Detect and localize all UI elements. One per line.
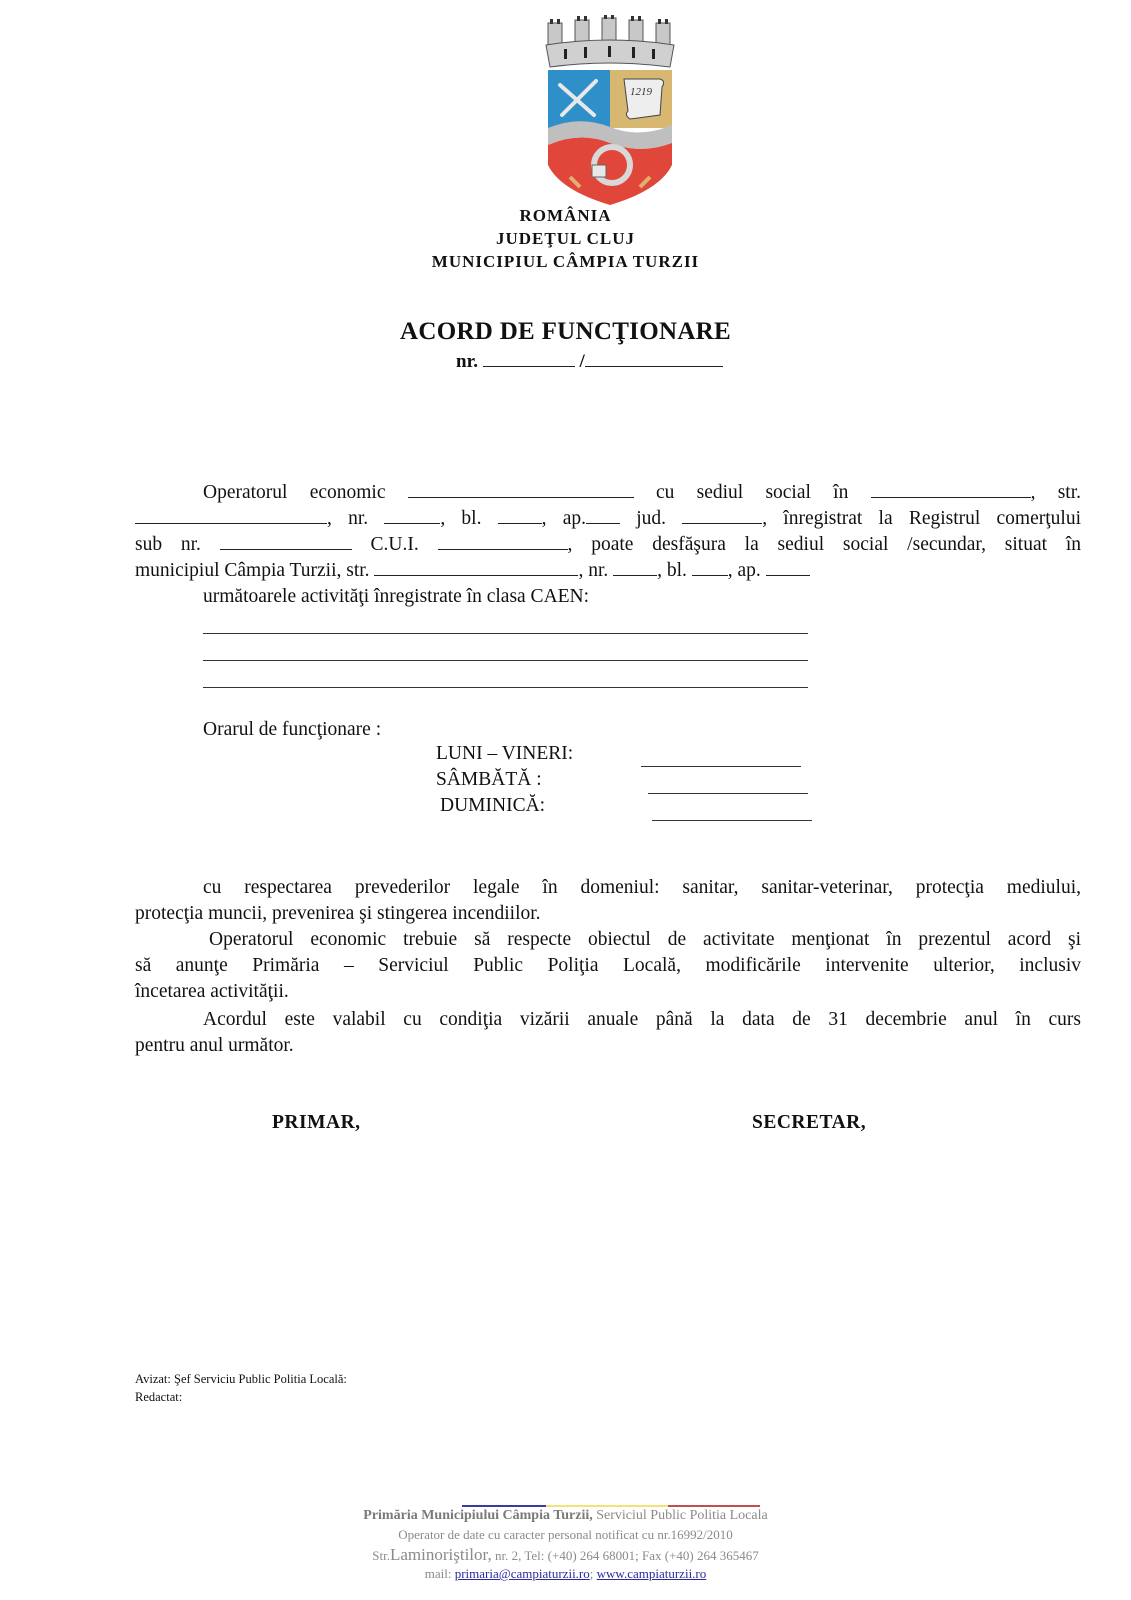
text: situat	[1005, 534, 1047, 555]
registered-city-field[interactable]	[871, 481, 1031, 498]
location-apartment-field[interactable]	[766, 559, 810, 576]
text: nr. 2, Tel: (+40) 264 68001; Fax (+40) 2…	[492, 1548, 759, 1563]
tricolor-red	[668, 1505, 760, 1507]
paragraph-1-line-2: protecţia muncii, prevenirea şi stingere…	[135, 901, 1081, 927]
text: Str.	[372, 1548, 390, 1563]
text: sub nr.	[135, 534, 201, 555]
registered-apartment-field[interactable]	[586, 507, 620, 524]
text: cu	[656, 482, 674, 503]
text: jud.	[636, 508, 666, 529]
footer-contact: mail: primaria@campiaturzii.ro; www.camp…	[0, 1566, 1131, 1582]
paragraph-2-line-1: Operatorul economic trebuie să respecte …	[135, 927, 1081, 953]
email-link[interactable]: primaria@campiaturzii.ro	[455, 1566, 590, 1581]
footer-org-name: Primăria Municipiului Câmpia Turzii,	[363, 1508, 592, 1523]
paragraph-3-line-2: pentru anul următor.	[135, 1033, 1081, 1059]
document-title: ACORD DE FUNCŢIONARE	[0, 318, 1131, 346]
document-date-field[interactable]	[585, 350, 723, 367]
schedule-day-saturday: SÂMBĂTĂ :	[436, 769, 542, 791]
text: ,	[762, 508, 767, 529]
footer-org-service: Serviciul Public Politia Locala	[593, 1508, 768, 1523]
schedule-sunday-field[interactable]	[652, 820, 812, 821]
trade-register-number-field[interactable]	[220, 533, 352, 550]
text: Operatorul	[203, 482, 287, 503]
body-line-3: sub nr. C.U.I. , poate desfăşura la sedi…	[135, 532, 1081, 558]
tricolor-yellow	[546, 1505, 668, 1507]
registered-street-field[interactable]	[135, 507, 327, 524]
text: municipiul Câmpia Turzii, str.	[135, 560, 370, 581]
text: mail:	[425, 1566, 455, 1581]
paragraph-3-line-1: Acordul este valabil cu condiţia vizării…	[135, 1007, 1081, 1033]
crest-year: 1219	[630, 86, 653, 98]
text: ,	[327, 508, 332, 529]
paragraph-1-line-1: cu respectarea prevederilor legale în do…	[135, 875, 1081, 901]
text: C.U.I.	[371, 534, 419, 555]
text: str.	[1058, 482, 1081, 503]
body-line-2: , nr. , bl. , ap. jud. , înregistrat la …	[135, 506, 1081, 532]
signature-mayor: PRIMAR,	[272, 1112, 361, 1134]
text: ,	[1031, 482, 1036, 503]
footer-operator: Operator de date cu caracter personal no…	[0, 1527, 1131, 1543]
text: , nr.	[578, 560, 608, 581]
text: , ap.	[728, 560, 761, 581]
body-line-4: municipiul Câmpia Turzii, str. , nr. , b…	[135, 558, 1081, 584]
text: ,	[568, 534, 573, 555]
registered-number-field[interactable]	[384, 507, 440, 524]
text: ;	[590, 1566, 597, 1581]
schedule-day-sunday: DUMINICĂ:	[440, 795, 545, 817]
paragraph-2-line-2: să anunţe Primăria – Serviciul Public Po…	[135, 953, 1081, 979]
paragraph-2-line-3: încetarea activităţii.	[135, 979, 1081, 1005]
signature-secretary: SECRETAR,	[752, 1112, 866, 1134]
text: în	[1066, 534, 1081, 555]
operator-name-field[interactable]	[408, 481, 634, 498]
header-county: JUDEŢUL CLUJ	[0, 229, 1131, 249]
footer-organization: Primăria Municipiului Câmpia Turzii, Ser…	[0, 1508, 1131, 1524]
document-number-field[interactable]	[483, 350, 575, 367]
header-country: ROMÂNIA	[0, 206, 1131, 226]
approved-by-note: Avizat: Şef Serviciu Public Politia Loca…	[135, 1372, 347, 1387]
caen-activity-field-3[interactable]	[203, 687, 808, 688]
registered-block-field[interactable]	[498, 507, 542, 524]
text: , bl.	[440, 508, 481, 529]
cui-field[interactable]	[438, 533, 568, 550]
text: , ap.	[542, 508, 586, 529]
text: , bl.	[657, 560, 687, 581]
schedule-day-weekdays: LUNI – VINERI:	[436, 743, 573, 765]
drafted-by-note: Redactat:	[135, 1390, 182, 1405]
schedule-weekdays-field[interactable]	[641, 766, 801, 767]
website-link[interactable]: www.campiaturzii.ro	[597, 1566, 707, 1581]
coat-of-arms-icon: 1219	[540, 15, 680, 205]
text: sediul social	[697, 482, 811, 503]
text: înregistrat la Registrul comerţului	[783, 508, 1081, 529]
header-municipality: MUNICIPIUL CÂMPIA TURZII	[0, 252, 1131, 272]
location-block-field[interactable]	[692, 559, 728, 576]
footer-address: Str.Laminoriştilor, nr. 2, Tel: (+40) 26…	[0, 1545, 1131, 1565]
registered-county-field[interactable]	[682, 507, 762, 524]
text: poate desfăşura la sediul social /secund…	[591, 534, 986, 555]
tricolor-blue	[462, 1505, 546, 1507]
caen-activity-field-2[interactable]	[203, 660, 808, 661]
text: economic	[310, 482, 386, 503]
text: nr.	[348, 508, 368, 529]
caen-intro: următoarele activităţi înregistrate în c…	[135, 584, 1081, 610]
location-number-field[interactable]	[613, 559, 657, 576]
document-number-label: nr.	[456, 351, 478, 372]
schedule-label: Orarul de funcţionare :	[135, 717, 1081, 743]
document-number: nr. /	[456, 350, 723, 373]
text: Laminoriştilor,	[390, 1545, 492, 1564]
text: în	[833, 482, 848, 503]
schedule-saturday-field[interactable]	[648, 793, 808, 794]
body-line-1: Operatorul economic cu sediul social în …	[135, 480, 1081, 506]
caen-activity-field-1[interactable]	[203, 633, 808, 634]
location-street-field[interactable]	[374, 559, 578, 576]
